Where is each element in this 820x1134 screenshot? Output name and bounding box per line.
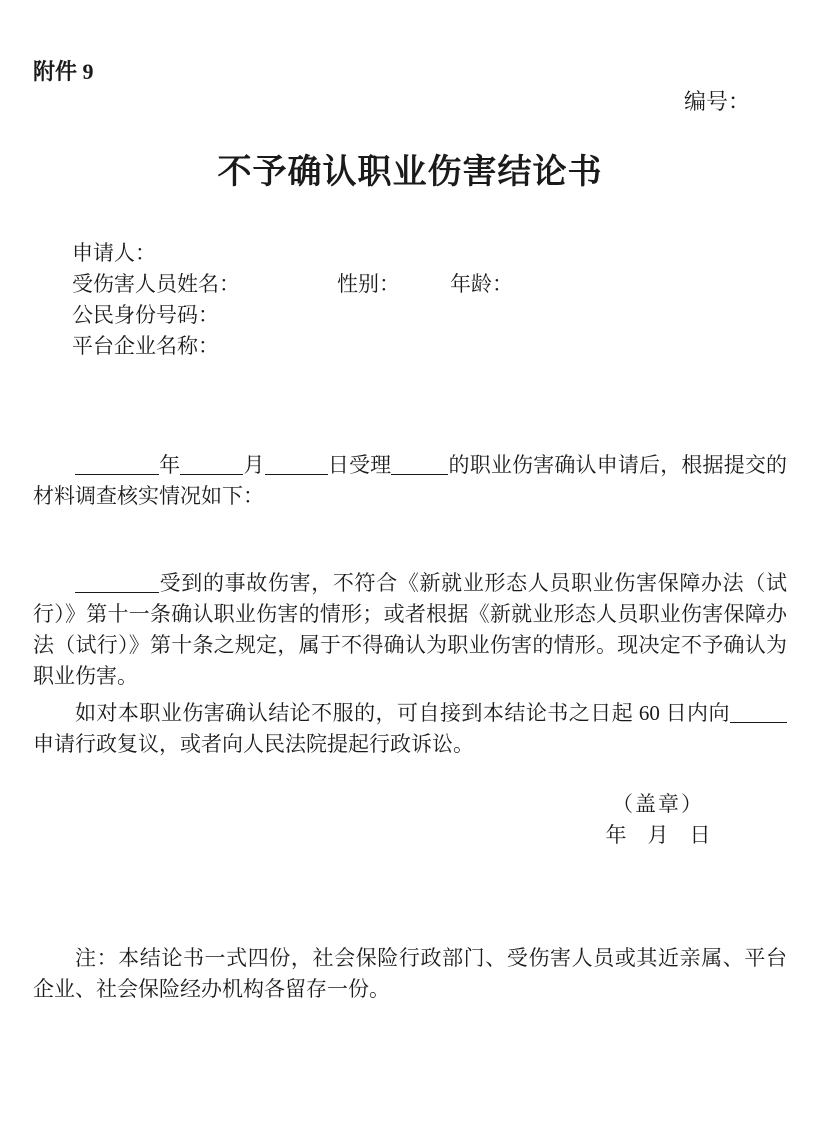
appeal-tail-text: 申请行政复议，或者向人民法院提起行政诉讼。 <box>33 732 474 756</box>
applicant-label: 申请人： <box>72 241 156 265</box>
day-accept-label: 日受理 <box>328 453 392 477</box>
document-number-row: 编号： <box>33 88 787 116</box>
age-label: 年龄： <box>450 272 513 296</box>
citizen-id-line: 公民身份号码： <box>72 300 787 331</box>
platform-name-label: 平台企业名称： <box>72 334 219 358</box>
citizen-id-label: 公民身份号码： <box>72 303 219 327</box>
document-page: 附件 9 编号： 不予确认职业伤害结论书 申请人： 受伤害人员姓名：性别：年龄：… <box>0 0 820 1134</box>
appeal-lead-text: 如对本职业伤害确认结论不服的，可自接到本结论书之日起 60 日内向 <box>75 701 730 725</box>
applicant-name-blank-field[interactable] <box>391 454 448 475</box>
seal-date-line: 年 月 日 <box>563 820 753 851</box>
conclusion-paragraph: 受到的事故伤害，不符合《新就业形态人员职业伤害保障办法（试行）》第十一条确认职业… <box>33 568 787 692</box>
year-label: 年 <box>159 453 180 477</box>
injured-name-label: 受伤害人员姓名： <box>72 272 240 296</box>
acceptance-month-blank-field[interactable] <box>180 454 243 475</box>
note-text: 注：本结论书一式四份，社会保险行政部门、受伤害人员或其近亲属、平台企业、社会保险… <box>33 943 787 1005</box>
gender-label: 性别： <box>337 272 400 296</box>
acceptance-paragraph: 年月日受理的职业伤害确认申请后，根据提交的材料调查核实情况如下： <box>33 450 787 512</box>
injured-person-blank-field[interactable] <box>75 572 159 593</box>
applicant-line: 申请人： <box>72 238 787 269</box>
injured-person-line: 受伤害人员姓名：性别：年龄： <box>72 269 787 300</box>
review-authority-blank-field[interactable] <box>730 702 787 723</box>
seal-label: （盖章） <box>563 789 753 820</box>
info-block: 申请人： 受伤害人员姓名：性别：年龄： 公民身份号码： 平台企业名称： <box>72 238 787 362</box>
acceptance-day-blank-field[interactable] <box>265 454 328 475</box>
document-title: 不予确认职业伤害结论书 <box>33 153 787 193</box>
attachment-label: 附件 9 <box>33 0 787 86</box>
acceptance-year-blank-field[interactable] <box>75 454 159 475</box>
document-number-label: 编号： <box>684 89 750 114</box>
appeal-paragraph: 如对本职业伤害确认结论不服的，可自接到本结论书之日起 60 日内向申请行政复议，… <box>33 698 787 760</box>
platform-name-line: 平台企业名称： <box>72 331 787 362</box>
month-label: 月 <box>243 453 264 477</box>
signature-block: （盖章） 年 月 日 <box>563 789 753 851</box>
